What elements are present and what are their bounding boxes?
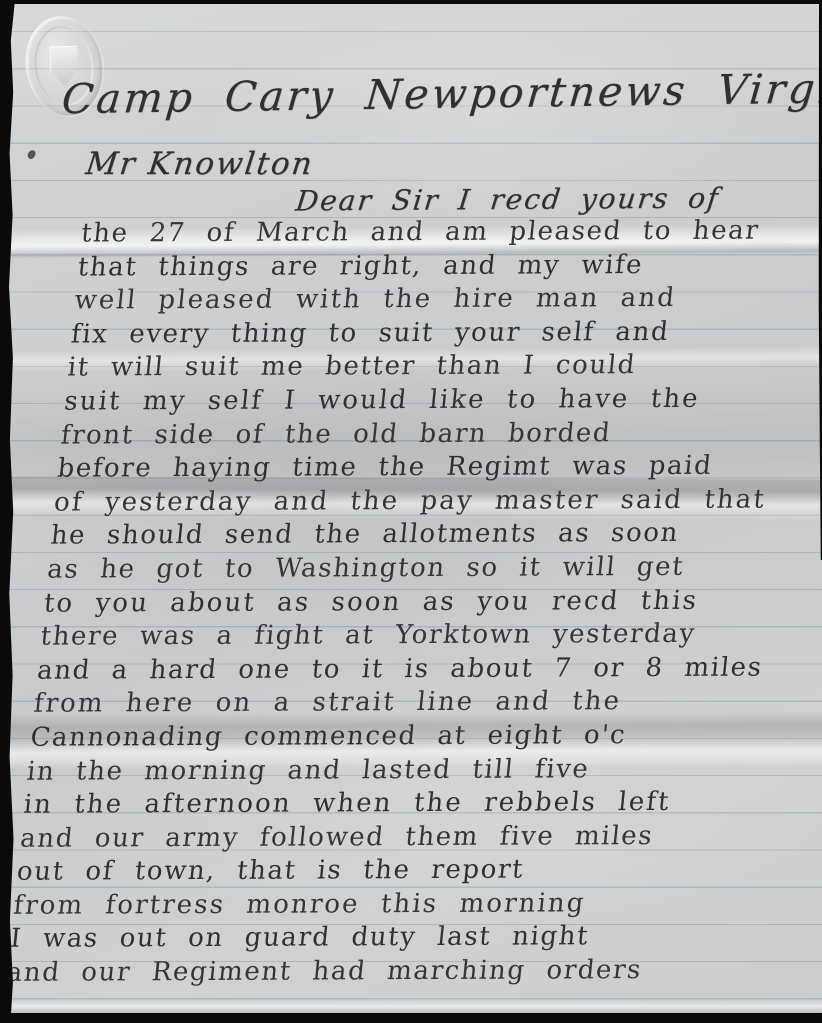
letter-line: the 27 of March and am pleased to hear bbox=[80, 214, 822, 251]
letter-line: there was a fight at Yorktown yesterday bbox=[39, 617, 802, 654]
letter-line: well pleased with the hire man and bbox=[73, 281, 822, 318]
letter-line: in the morning and lasted till five bbox=[25, 752, 788, 789]
letter-salutation: Dear Sir I recd yours of bbox=[294, 182, 722, 218]
letter-line: from fortress monroe this morning bbox=[12, 886, 775, 923]
letter-line: suit my self I would like to have the bbox=[63, 382, 822, 419]
letter-line: front side of the old barn borded bbox=[59, 416, 822, 453]
letter-line: out of town, that is the report bbox=[15, 853, 778, 890]
letter-line: of yesterday and the pay master said tha… bbox=[52, 483, 815, 520]
scan-edge-bottom bbox=[0, 1013, 822, 1023]
letter-body: the 27 of March and am pleased to hear t… bbox=[5, 214, 822, 990]
letter-line: that things are right, and my wife bbox=[76, 248, 822, 285]
letter-line: and our Regiment had marching orders bbox=[5, 954, 768, 991]
scanned-letter-page: Camp Cary Newportnews Virginia Mr Knowlt… bbox=[0, 0, 822, 1023]
letter-line: before haying time the Regimt was paid bbox=[56, 449, 819, 486]
letter-line: from here on a strait line and the bbox=[32, 685, 795, 722]
letter-line: as he got to Washington so it will get bbox=[46, 550, 809, 587]
letter-line: Cannonading commenced at eight o'c bbox=[29, 718, 792, 755]
page-bottom-curl bbox=[0, 1000, 822, 1014]
scan-edge-top bbox=[0, 0, 822, 4]
letter-line: to you about as soon as you recd this bbox=[42, 584, 805, 621]
letter-line: and our army followed them five miles bbox=[19, 819, 782, 856]
letter-line: in the afternoon when the rebbels left bbox=[22, 786, 785, 823]
letter-line: and a hard one to it is about 7 or 8 mil… bbox=[36, 651, 799, 688]
letter-line: I was out on guard duty last night bbox=[8, 920, 771, 957]
letter-line: he should send the allotments as soon bbox=[49, 517, 812, 554]
letter-addressee: Mr Knowlton bbox=[84, 146, 316, 182]
letter-line: fix every thing to suit your self and bbox=[69, 315, 822, 352]
letter-line: it will suit me better than I could bbox=[66, 349, 822, 386]
